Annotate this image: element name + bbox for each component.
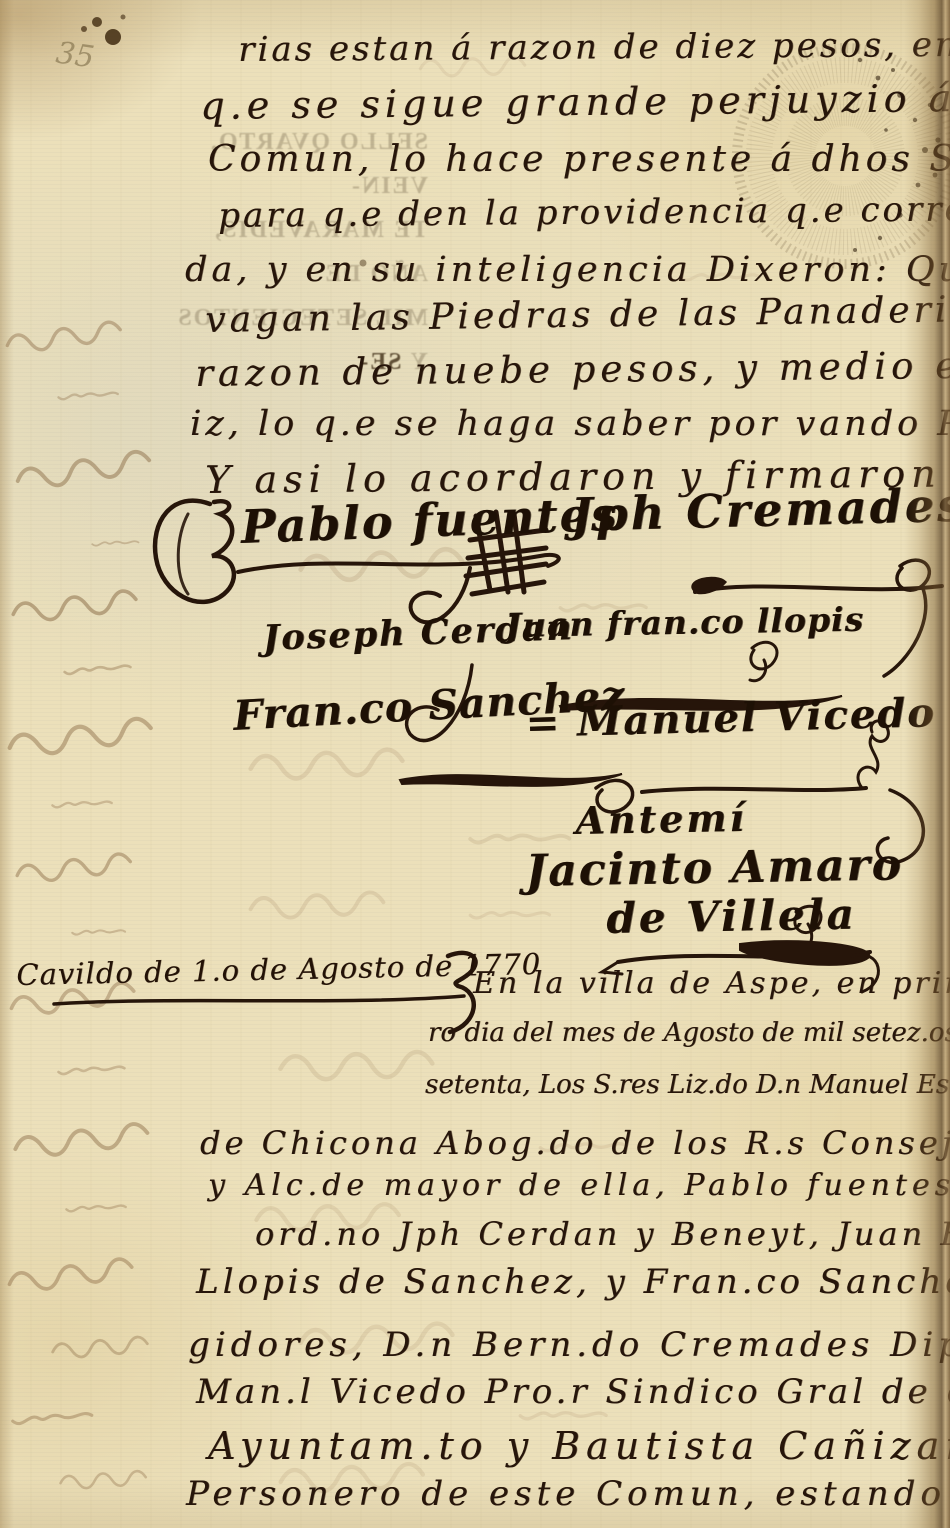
margin-heading: Cavildo de 1.o de Agosto de 1770 [16, 947, 541, 992]
page-left-edge [0, 0, 14, 1528]
signature-manuel-vicedo: = Manuel Vicedo [525, 689, 936, 747]
entry1-line-3: Comun, lo hace presente á dhos S.res [208, 139, 950, 180]
entry2-line-2: ro dia del mes de Agosto de mil setez.os… [428, 1018, 950, 1048]
manuscript-page: SELLO QVARTO, VEIN- TE MARAVEDIS, AÑO DE… [0, 0, 950, 1528]
signature-de-villela: de Villela [606, 890, 857, 943]
signature-jacinto-amaro: Jacinto Amaro [525, 839, 903, 897]
entry2-line-7: Llopis de Sanchez, y Fran.co Sanchez Re [196, 1262, 950, 1302]
entry2-line-5: y Alc.de mayor de ella, Pablo fuentes Al [208, 1168, 950, 1203]
entry1-line-8: iz, lo q.e se haga saber por vando PP. [190, 404, 950, 444]
entry1-line-1: rias estan á razon de diez pesos, en lo [238, 25, 950, 70]
entry2-line-1: En la villa de Aspe, en prime [473, 966, 950, 1001]
entry2-line-3: setenta, Los S.res Liz.do D.n Manuel Est… [425, 1070, 950, 1100]
heading-underline [54, 996, 464, 1004]
entry2-line-6: ord.no Jph Cerdan y Beneyt, Juan Fran. [255, 1215, 950, 1253]
page-right-edge [904, 0, 950, 1528]
entry2-line-11: Personero de este Comun, estando junto [186, 1474, 950, 1514]
folio-number: 35 [54, 36, 97, 76]
entry2-line-10: Ayuntam.to y Bautista Cañizares [208, 1424, 950, 1468]
entry2-line-9: Man.l Vicedo Pro.r Sindico Gral de este [196, 1372, 950, 1412]
signature-juan-francisco-llopis: Juan fran.co llopis [505, 600, 864, 645]
showthrough-writing [6, 321, 152, 1490]
entry1-line-7: razon de nuebe pesos, y medio el Ca [195, 343, 950, 395]
notary-attestation: Antemí [575, 795, 747, 843]
entry1-line-2: q.e se sigue grande perjuyzio á el [200, 75, 950, 128]
entry2-line-8: gidores, D.n Bern.do Cremades Diputado [188, 1325, 950, 1365]
signature-jph-cremades: Jph Cremades [570, 478, 950, 542]
entry2-line-4: de Chicona Abog.do de los R.s Consejos, [200, 1124, 950, 1162]
entry1-line-5: da, y en su inteligencia Dixeron: Que se [185, 250, 950, 290]
rubric-monogram [155, 501, 234, 602]
entry1-line-4: para q.e den la providencia q.e correspo… [218, 189, 950, 236]
